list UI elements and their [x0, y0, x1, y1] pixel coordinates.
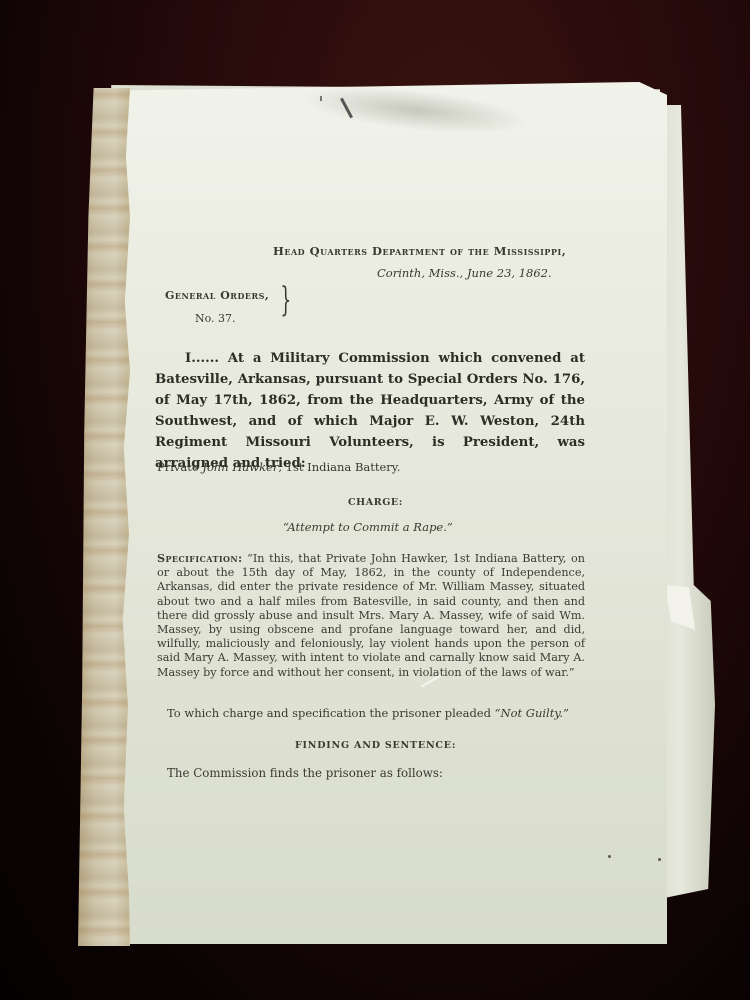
prisoner-rank: Private — [157, 460, 199, 474]
finding-text: The Commission finds the prisoner as fol… — [167, 766, 443, 780]
general-orders-label: General Orders, — [165, 289, 269, 302]
specification-label: Specification: — [157, 551, 243, 565]
plea-value: “Not Guilty.” — [495, 706, 569, 720]
place-and-date: Corinth, Miss., June 23, 1862. — [377, 266, 552, 280]
headquarters-heading: Head Quarters Department of the Mississi… — [273, 244, 566, 258]
ink-spot — [608, 855, 611, 858]
general-orders-number: No. 37. — [195, 312, 236, 325]
commission-paragraph: I...... At a Military Commission which c… — [155, 348, 585, 474]
prisoner-unit: , 1st Indiana Battery. — [278, 460, 400, 474]
ink-spot — [658, 858, 661, 861]
brace-glyph: } — [280, 283, 291, 317]
charge-heading: CHARGE: — [348, 497, 403, 508]
document-page — [112, 82, 667, 944]
stained-binding-edge — [78, 88, 130, 946]
prisoner-line: Private John Hawker, 1st Indiana Battery… — [157, 460, 400, 474]
plea-text: To which charge and specification the pr… — [167, 706, 495, 720]
specification-text: “In this, that Private John Hawker, 1st … — [157, 552, 585, 679]
prisoner-name: John Hawker — [202, 460, 278, 474]
finding-heading: FINDING AND SENTENCE: — [295, 740, 456, 751]
plea-line: To which charge and specification the pr… — [167, 706, 569, 720]
charge-text: “Attempt to Commit a Rape.” — [283, 520, 453, 534]
pencil-mark — [320, 96, 322, 101]
specification-block: Specification: “In this, that Private Jo… — [157, 551, 585, 680]
